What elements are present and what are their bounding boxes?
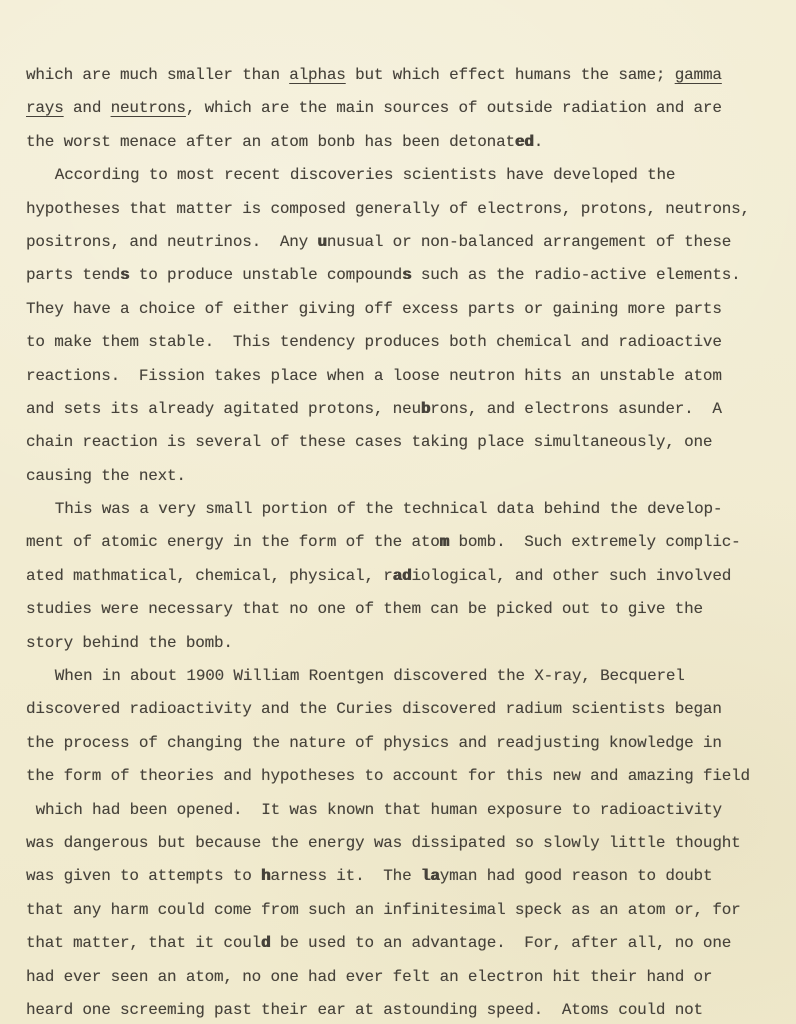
text-segment: but which effect humans the same; — [346, 66, 675, 84]
text-line: This was a very small portion of the tec… — [26, 493, 786, 526]
text-segment: such as the radio-active elements. — [412, 266, 741, 284]
text-line: reactions. Fission takes place when a lo… — [26, 360, 786, 393]
text-segment: rons, and electrons asunder. A — [430, 400, 721, 418]
text-segment: discovered radioactivity and the Curies … — [26, 700, 722, 718]
text-segment: chain reaction is several of these cases… — [26, 433, 712, 451]
text-line: the process of changing the nature of ph… — [26, 727, 786, 760]
text-segment: heard one screeming past their ear at as… — [26, 1001, 703, 1019]
text-line: positrons, and neutrinos. Any unusual or… — [26, 226, 786, 259]
text-line: They have a choice of either giving off … — [26, 293, 786, 326]
text-segment: This was a very small portion of the tec… — [55, 500, 723, 518]
text-line: the form of theories and hypotheses to a… — [26, 760, 786, 793]
overstruck-text: b — [421, 400, 430, 418]
text-segment: , which are the main sources of outside … — [186, 99, 722, 117]
text-line: According to most recent discoveries sci… — [26, 159, 786, 192]
overstruck-text: ed — [515, 133, 534, 151]
text-line: ment of atomic energy in the form of the… — [26, 526, 786, 559]
text-segment: bomb. Such extremely complic- — [449, 533, 740, 551]
text-line: the worst menace after an atom bonb has … — [26, 126, 786, 159]
text-line: was dangerous but because the energy was… — [26, 827, 786, 860]
text-segment: nusual or non-balanced arrangement of th… — [327, 233, 731, 251]
text-segment: studies were necessary that no one of th… — [26, 600, 703, 618]
text-segment: was given to attempts to — [26, 867, 261, 885]
text-line: chain reaction is several of these cases… — [26, 426, 786, 459]
text-segment: parts tend — [26, 266, 120, 284]
text-segment: According to most recent discoveries sci… — [55, 166, 676, 184]
text-segment: be used to an advantage. For, after all,… — [270, 934, 731, 952]
underlined-text: alphas — [289, 66, 345, 84]
text-line: which are much smaller than alphas but w… — [26, 59, 786, 92]
overstruck-text: u — [317, 233, 326, 251]
text-segment: which had been opened. It was known that… — [36, 801, 722, 819]
text-line: story behind the bomb. — [26, 627, 786, 660]
underlined-text: neutrons — [111, 99, 186, 117]
text-line: ated mathmatical, chemical, physical, ra… — [26, 560, 786, 593]
text-line: heard one screeming past their ear at as… — [26, 994, 786, 1024]
text-line: studies were necessary that no one of th… — [26, 593, 786, 626]
text-line: to make them stable. This tendency produ… — [26, 326, 786, 359]
text-line: was given to attempts to harness it. The… — [26, 860, 786, 893]
text-segment: . — [534, 133, 543, 151]
text-segment: that matter, that it coul — [26, 934, 261, 952]
text-segment: arness it. The — [270, 867, 420, 885]
text-line: discovered radioactivity and the Curies … — [26, 693, 786, 726]
text-segment: was dangerous but because the energy was… — [26, 834, 741, 852]
document-page: which are much smaller than alphas but w… — [0, 0, 796, 1024]
typewritten-text: which are much smaller than alphas but w… — [26, 59, 786, 1024]
underlined-text: gamma — [675, 66, 722, 84]
text-segment: to make them stable. This tendency produ… — [26, 333, 722, 351]
text-segment: the process of changing the nature of ph… — [26, 734, 722, 752]
text-segment: the worst menace after an atom bonb has … — [26, 133, 515, 151]
overstruck-text: m — [440, 533, 449, 551]
overstruck-text: ad — [393, 567, 412, 585]
text-line: causing the next. — [26, 460, 786, 493]
text-line: When in about 1900 William Roentgen disc… — [26, 660, 786, 693]
text-line: which had been opened. It was known that… — [26, 794, 786, 827]
text-segment: the form of theories and hypotheses to a… — [26, 767, 750, 785]
text-segment: ated mathmatical, chemical, physical, r — [26, 567, 393, 585]
text-line: that matter, that it could be used to an… — [26, 927, 786, 960]
text-segment: They have a choice of either giving off … — [26, 300, 722, 318]
text-segment: to produce unstable compound — [129, 266, 402, 284]
text-line: and sets its already agitated protons, n… — [26, 393, 786, 426]
text-segment: causing the next. — [26, 467, 186, 485]
text-segment: and sets its already agitated protons, n… — [26, 400, 421, 418]
underlined-text: rays — [26, 99, 64, 117]
text-segment: reactions. Fission takes place when a lo… — [26, 367, 722, 385]
overstruck-text: la — [421, 867, 440, 885]
text-segment: iological, and other such involved — [411, 567, 731, 585]
text-segment: ment of atomic energy in the form of the… — [26, 533, 440, 551]
text-line: parts tends to produce unstable compound… — [26, 259, 786, 292]
text-line: that any harm could come from such an in… — [26, 894, 786, 927]
text-segment: which are much smaller than — [26, 66, 289, 84]
overstruck-text: s — [402, 266, 411, 284]
text-segment: had ever seen an atom, no one had ever f… — [26, 968, 712, 986]
text-segment: positrons, and neutrinos. Any — [26, 233, 317, 251]
text-segment: that any harm could come from such an in… — [26, 901, 741, 919]
text-segment: and — [64, 99, 111, 117]
text-line: hypotheses that matter is composed gener… — [26, 193, 786, 226]
text-line: had ever seen an atom, no one had ever f… — [26, 961, 786, 994]
text-segment: yman had good reason to doubt — [440, 867, 713, 885]
text-segment: hypotheses that matter is composed gener… — [26, 200, 750, 218]
text-segment: story behind the bomb. — [26, 634, 233, 652]
text-line: rays and neutrons, which are the main so… — [26, 92, 786, 125]
text-segment: When in about 1900 William Roentgen disc… — [55, 667, 685, 685]
